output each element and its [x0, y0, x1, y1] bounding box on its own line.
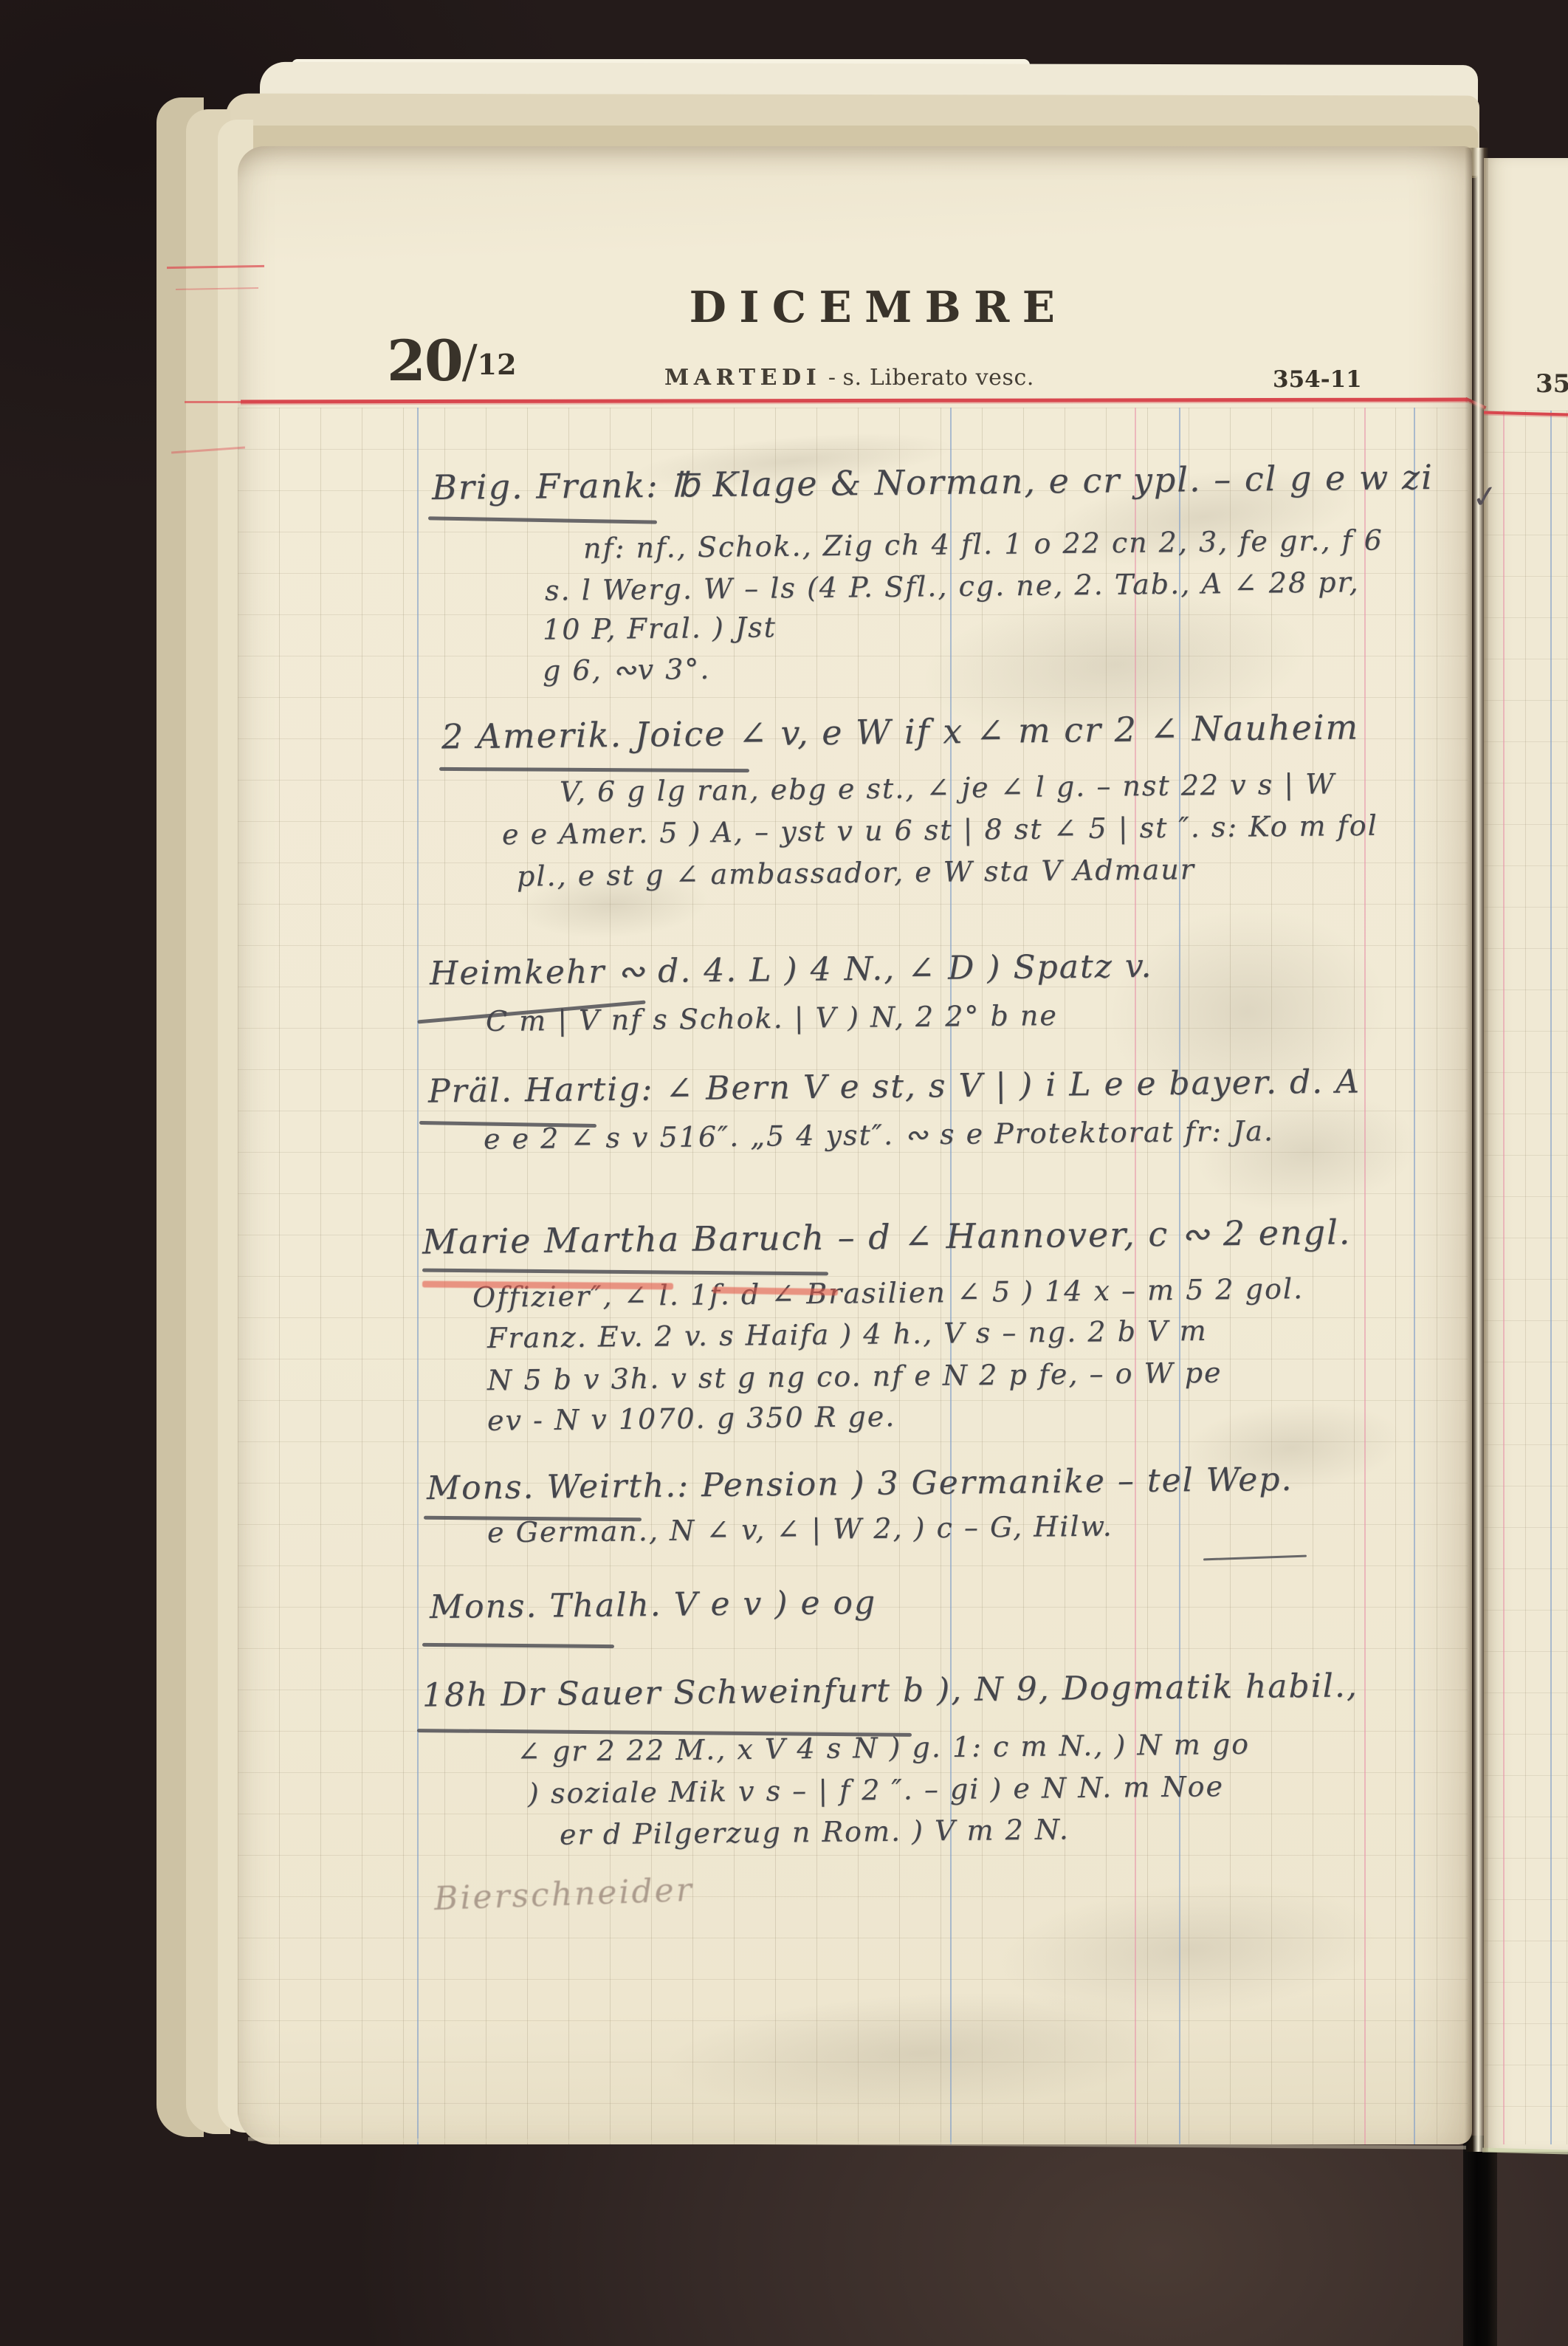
entry-marie-martha-baruch-line: Marie Martha Baruch – d ∠ Hannover, c ∾ … [422, 1215, 1352, 1258]
month-number: 12 [478, 348, 517, 381]
entry-brig-frank-line: Brig. Frank: ℔ Klage & Norman, e cr ypl.… [432, 460, 1434, 504]
entry-brig-frank-line: s. l Werg. W – ls (4 P. Sfl., cg. ne, 2.… [545, 568, 1360, 605]
day-number: 20 [387, 328, 462, 394]
check-mark: ✓ [1471, 477, 1500, 515]
entry-marie-martha-baruch-line: Franz. Ev. 2 v. s Haifa ) 4 h., V s – ng… [487, 1317, 1208, 1352]
blue-column-line [1550, 411, 1552, 2144]
gutter-shadow-stripe [1463, 2136, 1497, 2346]
pink-column-line [1503, 411, 1505, 2144]
entry-brig-frank-line: g 6, ∾v 3°. [543, 655, 711, 685]
entry-mons-weirth-line: Mons. Weirth.: Pension ) 3 Germanike – t… [427, 1464, 1293, 1505]
under-page-red-rule-3 [185, 401, 244, 403]
entry-amerik-joice-line: 2 Amerik. Joice ∠ v, e W if x ∠ m cr 2 ∠… [441, 710, 1360, 753]
entry-marie-martha-baruch-line: ev - N v 1070. g 350 R ge. [487, 1402, 896, 1435]
right-page-ruling [1484, 411, 1568, 2144]
day-of-year-code: 354-11 [1273, 366, 1362, 393]
date-block: 20/12 [387, 328, 517, 394]
entry-amerik-joice-line: pl., e st g ∠ ambassador, e W sta V Adma… [517, 855, 1195, 891]
entry-brig-frank-line: nf: nf., Schok., Zig ch 4 fl. 1 o 22 cn … [583, 526, 1383, 562]
entry-marie-martha-baruch-line: N 5 b v 3h. v st g ng co. nf e N 2 p fe,… [487, 1359, 1223, 1394]
entry-amerik-joice-line: e e Amer. 5 ) A, – yst v u 6 st | 8 st ∠… [502, 812, 1378, 848]
pink-column-line [1364, 408, 1366, 2144]
entry-heimkehr-line: Heimkehr ∾ d. 4. L ) 4 N., ∠ D ) Spatz v… [430, 950, 1153, 990]
month-title: DICEMBRE [635, 282, 1122, 332]
date-slash: / [462, 335, 478, 388]
entry-mons-thalh-line: Mons. Thalh. V e v ) e og [430, 1587, 877, 1624]
saint-of-day: s. Liberato vesc. [843, 365, 1034, 391]
weekday-saint-line: MARTEDI - s. Liberato vesc. [664, 365, 1034, 391]
right-page-day-code: 35 [1536, 369, 1568, 399]
entry-amerik-joice-line: V, 6 g lg ran, ebg e st., ∠ je ∠ l g. – … [560, 769, 1336, 806]
blue-column-line [1414, 408, 1415, 2144]
book-gutter [1465, 148, 1488, 2152]
entry-prael-hartig-line: e e 2 ∠ s v 516″. „5 4 yst″. ∾ s e Prote… [484, 1117, 1274, 1153]
entry-prael-hartig-line: Präl. Hartig: ∠ Bern V e st, s V | ) i L… [428, 1066, 1361, 1108]
entry-dr-sauer-line: 18h Dr Sauer Schweinfurt b ), N 9, Dogma… [422, 1670, 1358, 1712]
weekday-label: MARTEDI [664, 365, 821, 391]
diary-photo: 20/12 DICEMBRE MARTEDI - s. Liberato ves… [0, 0, 1568, 2346]
entry-dr-sauer-line: ) soziale Mik v s – | f 2 ″. – gi ) e N … [528, 1772, 1224, 1808]
entry-brig-frank-line: 10 P, Fral. ) Jst [543, 613, 777, 643]
entry-dr-sauer-line: er d Pilgerzug n Rom. ) V m 2 N. [560, 1815, 1070, 1848]
blue-margin-line [417, 408, 419, 2144]
separator: - [821, 365, 842, 391]
entry-marie-martha-baruch-line: Offizier″, ∠ l. 1f. d ∠ Brasilien ∠ 5 ) … [472, 1275, 1304, 1311]
